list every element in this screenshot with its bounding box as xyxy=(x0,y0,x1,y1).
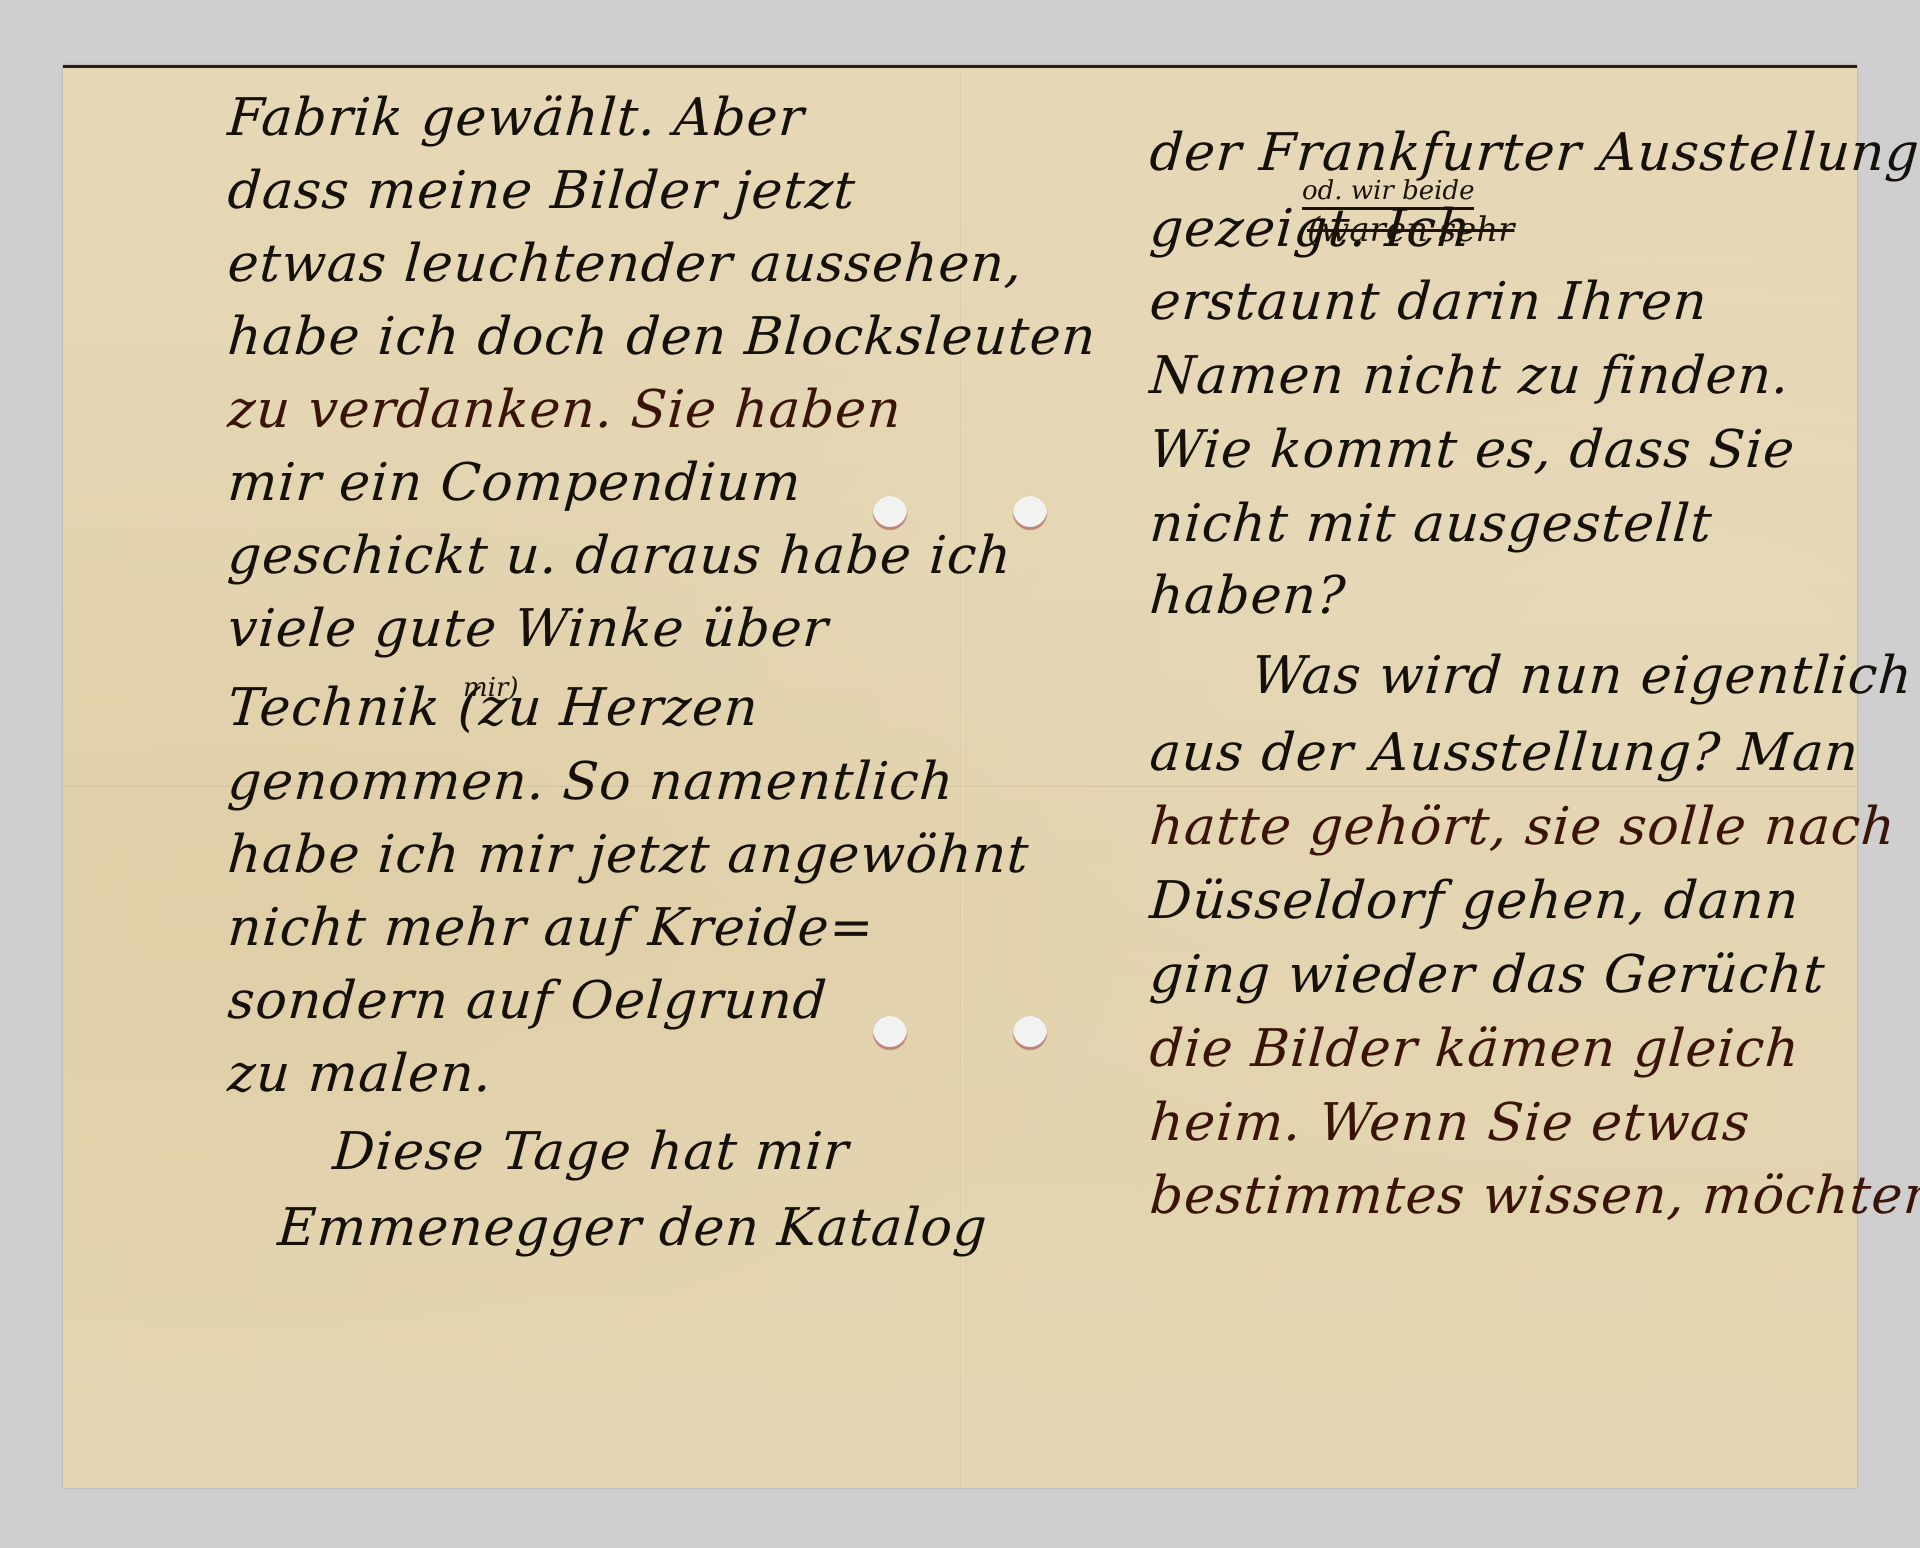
text-line: bestimmtes wissen, möchten xyxy=(1148,1166,1920,1226)
text-line: habe ich mir jetzt angewöhnt xyxy=(226,825,1031,885)
text-line: geschickt u. daraus habe ich xyxy=(226,526,1014,586)
text-line: zu verdanken. Sie haben xyxy=(226,380,904,440)
punch-hole xyxy=(873,496,907,530)
text-line: heim. Wenn Sie etwas xyxy=(1148,1093,1752,1153)
text-line: habe ich doch den Blocksleuten xyxy=(226,307,1098,367)
letter-paper: Fabrik gewählt. Aber dass meine Bilder j… xyxy=(63,65,1857,1488)
text-line: Diese Tage hat mir xyxy=(331,1122,851,1182)
text-line: zu malen. xyxy=(226,1044,494,1104)
punch-hole xyxy=(1013,496,1047,530)
text-line: nicht mit ausgestellt xyxy=(1148,494,1714,554)
text-line: hatte gehört, sie solle nach xyxy=(1148,797,1898,857)
text-line: nicht mehr auf Kreide= xyxy=(226,898,876,958)
text-line: dass meine Bilder jetzt xyxy=(226,161,858,221)
text-line: viele gute Winke über xyxy=(226,599,831,659)
text-line: die Bilder kämen gleich xyxy=(1148,1019,1802,1079)
text-line: Wie kommt es, dass Sie xyxy=(1148,420,1797,480)
text-line: Düsseldorf gehen, dann xyxy=(1148,871,1802,931)
text-line: aus der Ausstellung? Man xyxy=(1148,723,1861,783)
text-line: erstaunt darin Ihren xyxy=(1148,272,1710,332)
struck-text: (waren sehr xyxy=(1307,210,1514,250)
text-line: sondern auf Oelgrund xyxy=(226,971,829,1031)
text-line: Emmenegger den Katalog xyxy=(276,1198,990,1258)
punch-hole xyxy=(873,1016,907,1050)
text-line: der Frankfurter Ausstellung xyxy=(1148,123,1920,183)
text-line: mir ein Compendium xyxy=(226,453,804,513)
text-line: haben? xyxy=(1148,566,1348,626)
text-line: Technik (zu Herzen xyxy=(226,678,761,738)
text-line: Fabrik gewählt. Aber xyxy=(226,88,807,148)
text-line: Was wird nun eigentlich xyxy=(1250,646,1915,706)
text-line: etwas leuchtender aussehen, xyxy=(226,234,1025,294)
punch-hole xyxy=(1013,1016,1047,1050)
text-line: ging wieder das Gerücht xyxy=(1148,945,1827,1005)
text-line: Namen nicht zu finden. xyxy=(1148,346,1792,406)
text-line: genommen. So namentlich xyxy=(226,752,956,812)
